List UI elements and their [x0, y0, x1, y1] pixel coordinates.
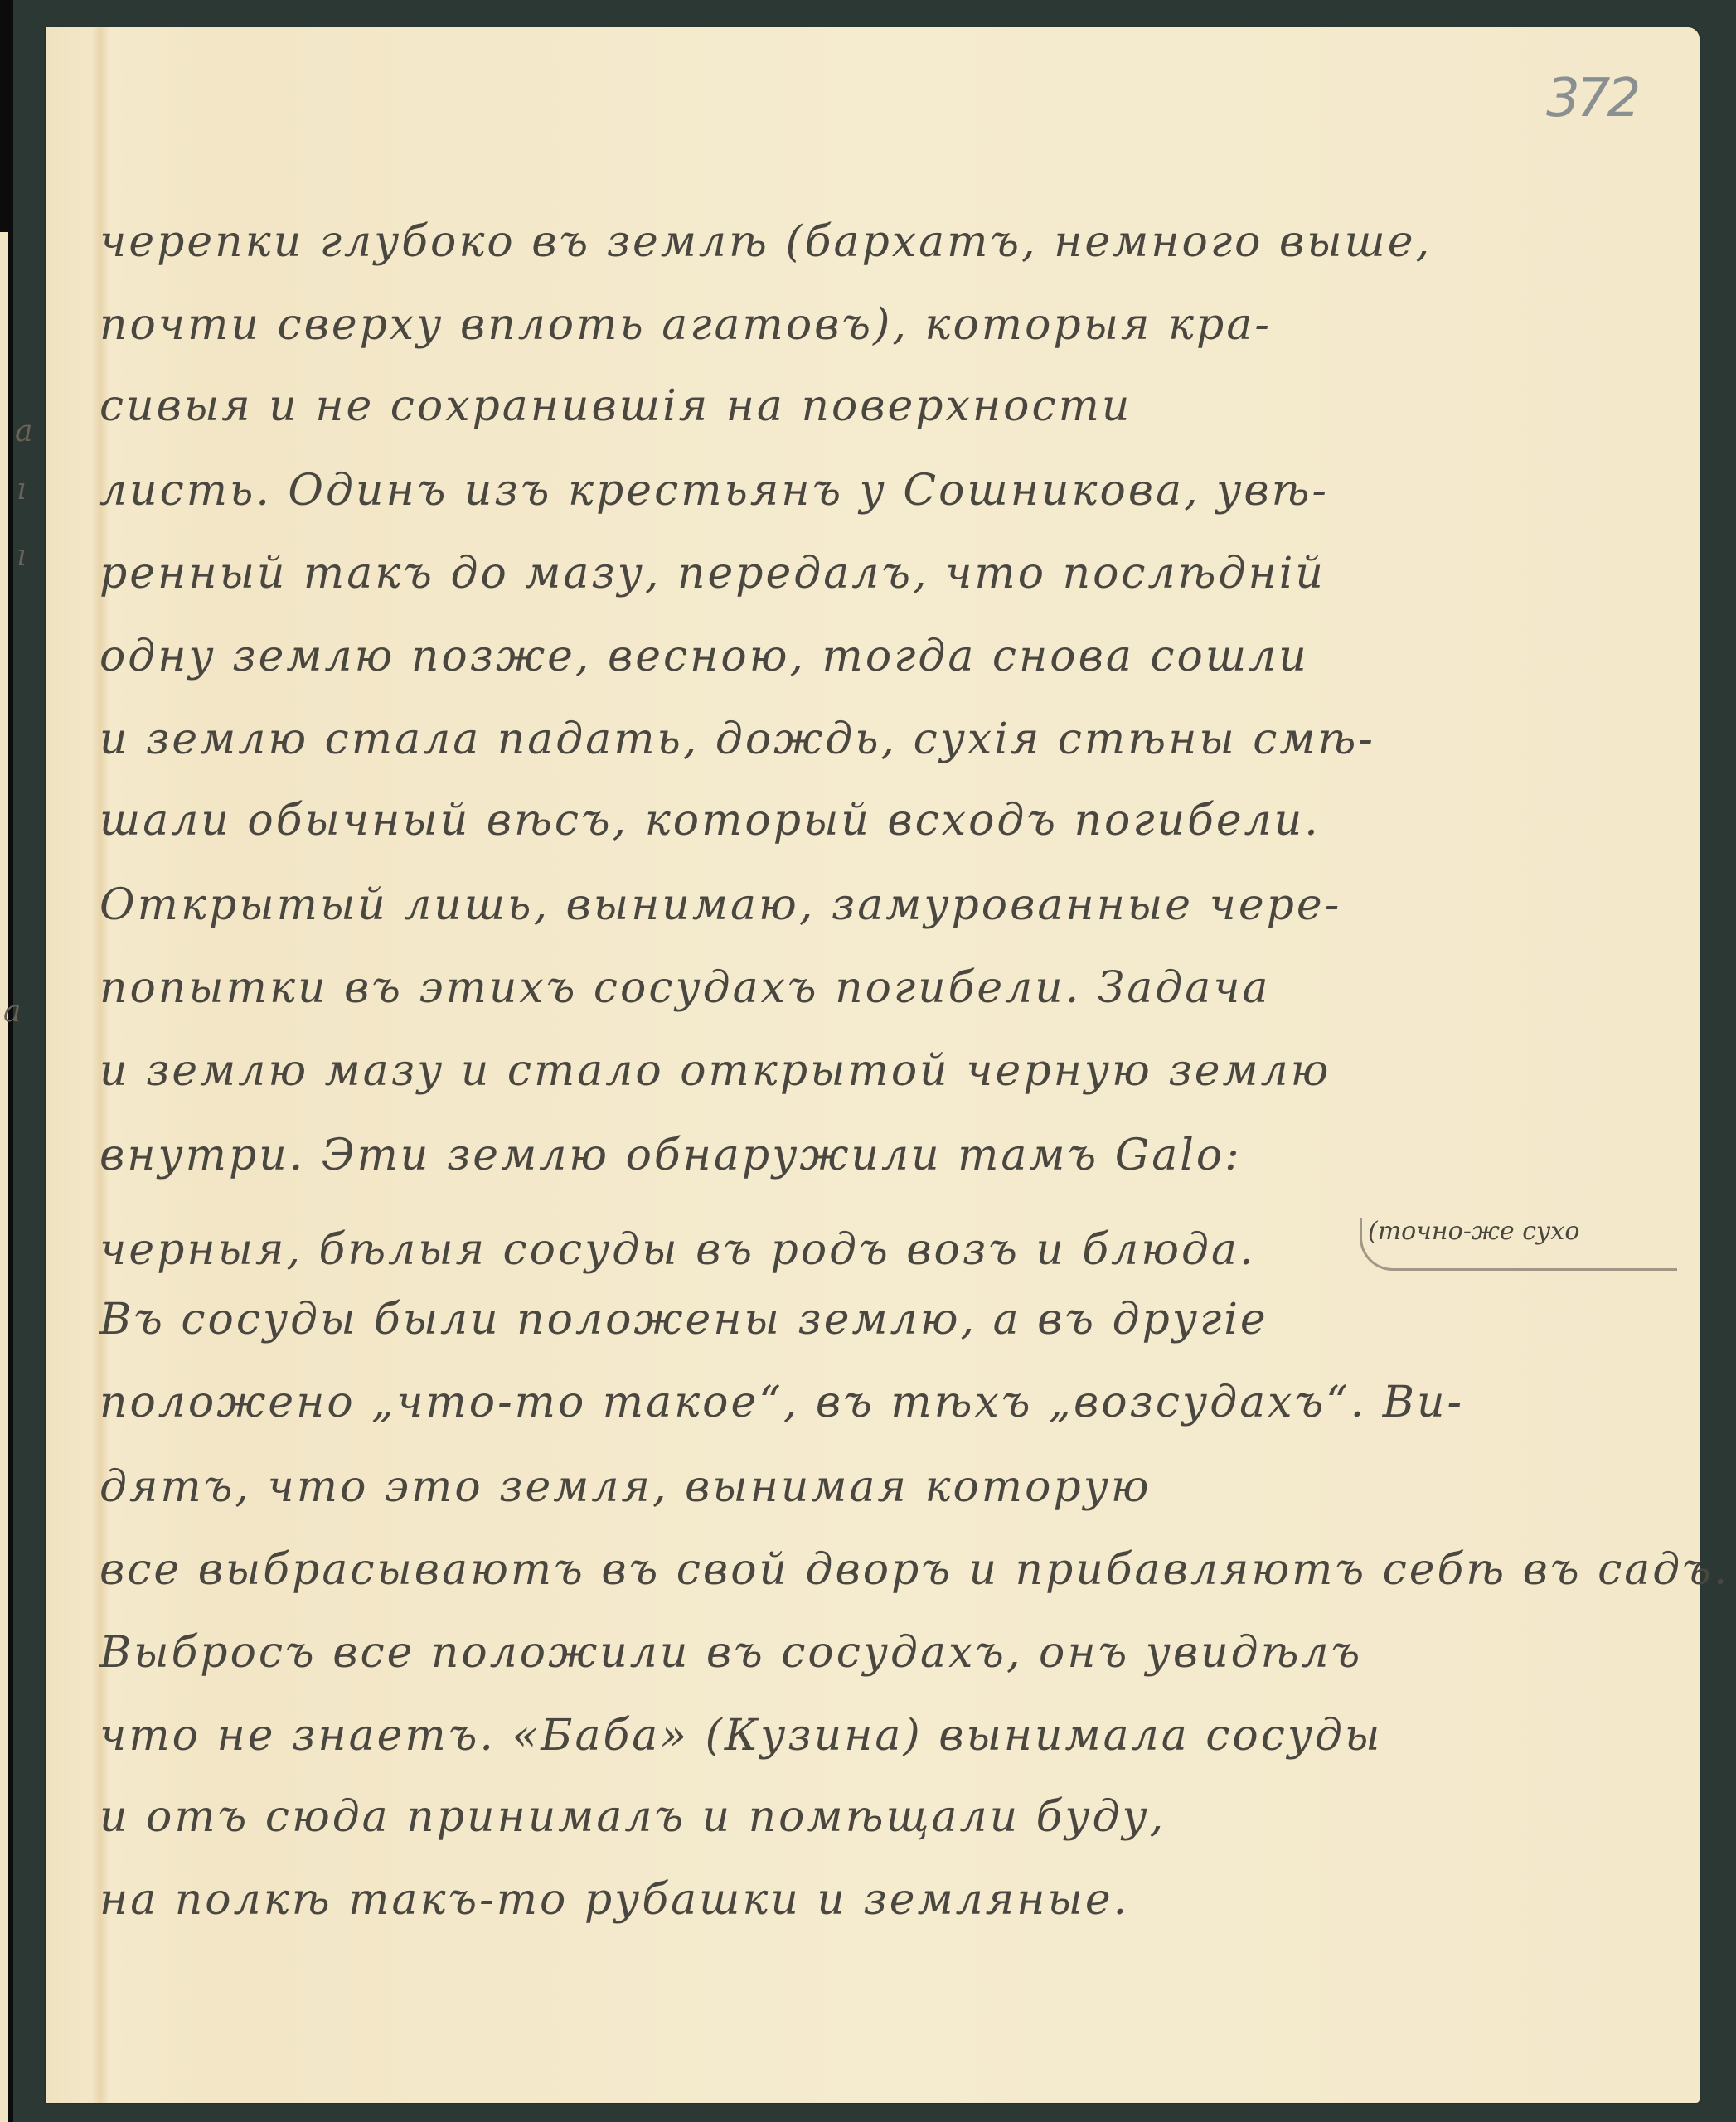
- text-line: дятъ, что это земля, вынимая которую: [99, 1462, 1152, 1512]
- adjacent-page-edge: [0, 232, 8, 2122]
- margin-mark: a: [15, 414, 32, 448]
- margin-mark: ı: [17, 539, 27, 573]
- text-line: Открытый лишь, вынимаю, замурованные чер…: [99, 880, 1341, 930]
- text-line: почти сверху вплоть агатовъ), которыя кр…: [99, 300, 1272, 350]
- text-line: что не знаетъ. «Баба» (Кузина) вынимала …: [99, 1711, 1382, 1761]
- text-line: черныя, бѣлыя сосуды въ родъ возъ и блюд…: [99, 1225, 1256, 1275]
- text-line: и отъ сюда принималъ и помѣщали буду,: [99, 1792, 1166, 1842]
- text-line: Въ сосуды были положены землю, а въ друг…: [99, 1295, 1268, 1344]
- margin-mark: ı: [17, 472, 27, 506]
- text-line: ренный такъ до мазу, передалъ, что послѣ…: [99, 549, 1326, 598]
- margin-mark: a: [3, 995, 21, 1029]
- interlinear-insertion: (точно-же сухо: [1368, 1217, 1579, 1246]
- text-line: Выбросъ все положили въ сосудахъ, онъ ув…: [99, 1628, 1362, 1678]
- text-line: черепки глубоко въ землѣ (бархатъ, немно…: [99, 217, 1432, 267]
- text-line: сивыя и не сохранившія на поверхности: [99, 381, 1132, 431]
- text-line: попытки въ этихъ сосудахъ погибели. Зада…: [99, 963, 1271, 1013]
- text-line: положено „что-то такое“, въ тѣхъ „возсуд…: [99, 1378, 1464, 1427]
- text-line: все выбрасываютъ въ свой дворъ и прибавл…: [99, 1545, 1729, 1595]
- folio-number: 372: [1546, 68, 1637, 129]
- text-line: одну землю позже, весною, тогда снова со…: [99, 632, 1309, 681]
- text-line: внутри. Эти землю обнаружили тамъ Galo:: [99, 1131, 1242, 1180]
- text-line: листь. Одинъ изъ крестьянъ у Сошникова, …: [99, 466, 1329, 516]
- text-line: на полкѣ такъ-то рубашки и земляные.: [99, 1875, 1129, 1925]
- text-line: и землю мазу и стало открытой черную зем…: [99, 1046, 1331, 1096]
- text-line: и землю стала падать, дождь, сухія стѣны…: [99, 715, 1375, 764]
- text-line: шали обычный вѣсъ, который всходъ погибе…: [99, 796, 1321, 845]
